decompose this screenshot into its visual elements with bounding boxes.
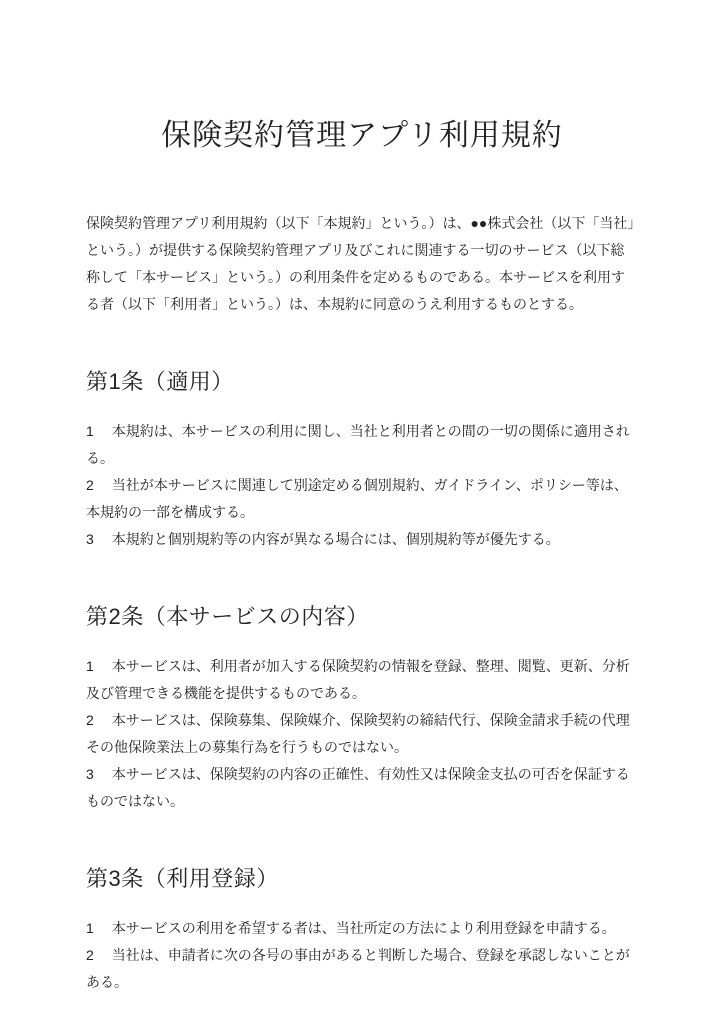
clause-item-text: 当社が本サービスに関連して別途定める個別規約、ガイドライン、ポリシー等は、本規約… bbox=[86, 477, 628, 520]
clause-section: 第2条（本サービスの内容） 1本サービスは、利用者が加入する保険契約の情報を登録… bbox=[86, 601, 638, 815]
clause-item: 1本サービスの利用を希望する者は、当社所定の方法により利用登録を申請する。 bbox=[86, 915, 638, 942]
clause-item-number: 3 bbox=[86, 531, 94, 547]
clause-item-text: 本規約は、本サービスの利用に関し、当社と利用者との間の一切の関係に適用される。 bbox=[86, 423, 630, 466]
document-page: 保険契約管理アプリ利用規約 保険契約管理アプリ利用規約（以下「本規約」という。）… bbox=[0, 0, 724, 1024]
clause-section: 第3条（利用登録） 1本サービスの利用を希望する者は、当社所定の方法により利用登… bbox=[86, 863, 638, 996]
clause-item: 3本規約と個別規約等の内容が異なる場合には、個別規約等が優先する。 bbox=[86, 526, 638, 553]
clause-item-number: 2 bbox=[86, 477, 94, 493]
clause-item-number: 1 bbox=[86, 658, 94, 674]
clause-item-number: 2 bbox=[86, 712, 94, 728]
clause-heading: 第2条（本サービスの内容） bbox=[86, 601, 638, 633]
sections-container: 第1条（適用） 1本規約は、本サービスの利用に関し、当社と利用者との間の一切の関… bbox=[86, 366, 638, 996]
clause-section: 第1条（適用） 1本規約は、本サービスの利用に関し、当社と利用者との間の一切の関… bbox=[86, 366, 638, 553]
clause-item-number: 1 bbox=[86, 423, 94, 439]
clause-item-number: 3 bbox=[86, 766, 94, 782]
clause-item: 3本サービスは、保険契約の内容の正確性、有効性又は保険金支払の可否を保証するもの… bbox=[86, 761, 638, 815]
intro-paragraph: 保険契約管理アプリ利用規約（以下「本規約」という。）は、●●株式会社（以下「当社… bbox=[86, 210, 638, 318]
clause-item: 2当社が本サービスに関連して別途定める個別規約、ガイドライン、ポリシー等は、本規… bbox=[86, 472, 638, 526]
clause-item-text: 本規約と個別規約等の内容が異なる場合には、個別規約等が優先する。 bbox=[112, 531, 560, 547]
document-title: 保険契約管理アプリ利用規約 bbox=[86, 116, 638, 156]
clause-items: 1本サービスの利用を希望する者は、当社所定の方法により利用登録を申請する。2当社… bbox=[86, 915, 638, 996]
clause-item: 1本規約は、本サービスの利用に関し、当社と利用者との間の一切の関係に適用される。 bbox=[86, 418, 638, 472]
clause-item-number: 2 bbox=[86, 947, 94, 963]
clause-item: 2当社は、申請者に次の各号の事由があると判断した場合、登録を承認しないことがある… bbox=[86, 942, 638, 996]
clause-item-number: 1 bbox=[86, 920, 94, 936]
clause-item-text: 当社は、申請者に次の各号の事由があると判断した場合、登録を承認しないことがある。 bbox=[86, 947, 630, 990]
clause-item: 2本サービスは、保険募集、保険媒介、保険契約の締結代行、保険金請求手続の代理その… bbox=[86, 707, 638, 761]
clause-heading: 第3条（利用登録） bbox=[86, 863, 638, 895]
clause-item: 1本サービスは、利用者が加入する保険契約の情報を登録、整理、閲覧、更新、分析及び… bbox=[86, 653, 638, 707]
clause-heading: 第1条（適用） bbox=[86, 366, 638, 398]
clause-items: 1本サービスは、利用者が加入する保険契約の情報を登録、整理、閲覧、更新、分析及び… bbox=[86, 653, 638, 815]
clause-item-text: 本サービスは、利用者が加入する保険契約の情報を登録、整理、閲覧、更新、分析及び管… bbox=[86, 658, 630, 701]
clause-items: 1本規約は、本サービスの利用に関し、当社と利用者との間の一切の関係に適用される。… bbox=[86, 418, 638, 553]
clause-item-text: 本サービスは、保険募集、保険媒介、保険契約の締結代行、保険金請求手続の代理その他… bbox=[86, 712, 630, 755]
clause-item-text: 本サービスは、保険契約の内容の正確性、有効性又は保険金支払の可否を保証するもので… bbox=[86, 766, 630, 809]
clause-item-text: 本サービスの利用を希望する者は、当社所定の方法により利用登録を申請する。 bbox=[112, 920, 616, 936]
